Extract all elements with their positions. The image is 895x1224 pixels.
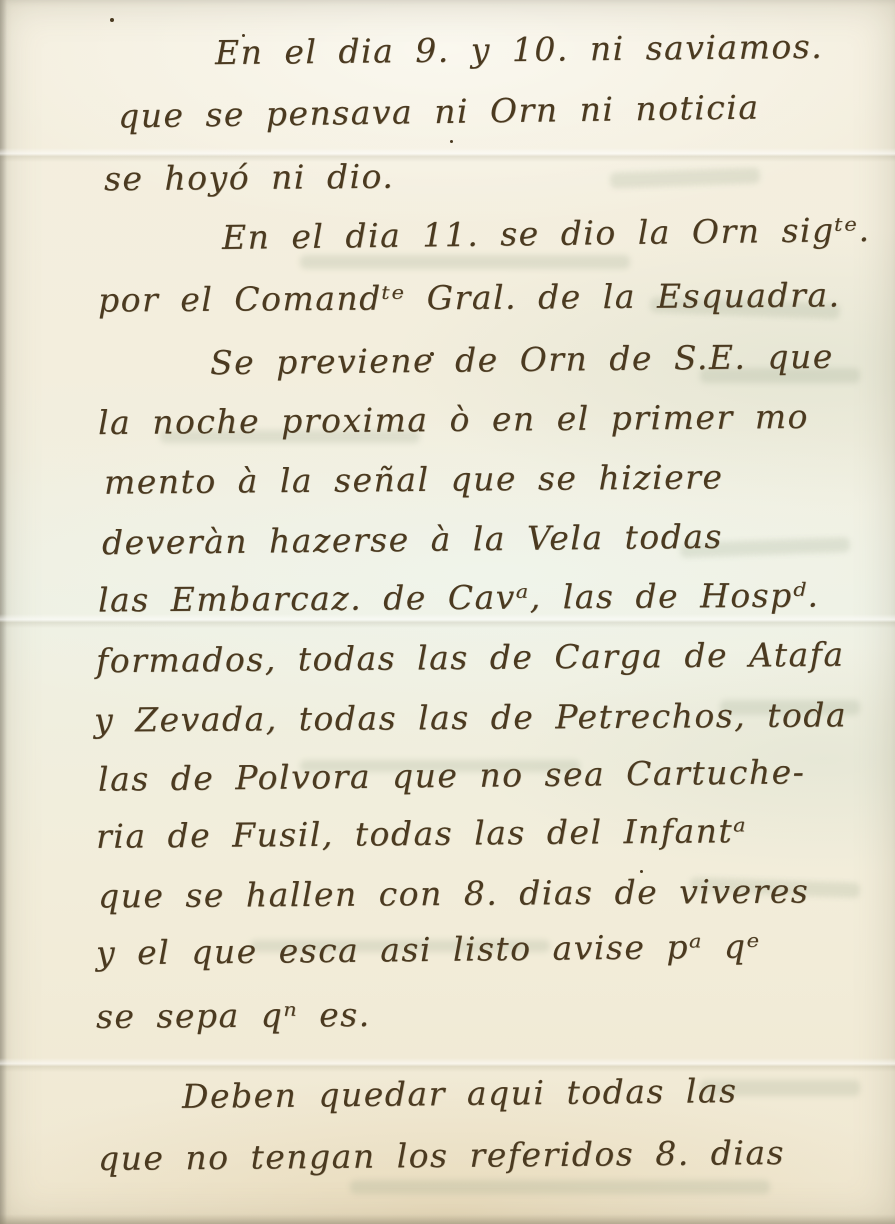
bleedthrough-mark (250, 940, 550, 952)
bleedthrough-mark (680, 537, 850, 558)
ink-speck (450, 140, 453, 143)
bleedthrough-mark (650, 297, 840, 320)
manuscript-line: las Embarcaz. de Cavᵃ, las de Hospᵈ. (98, 575, 820, 619)
manuscript-line: por el Comandᵗᵉ Gral. de la Esquadra. (98, 275, 841, 319)
manuscript-line: Deben quedar aqui todas las (182, 1071, 738, 1116)
manuscript-line: ria de Fusil, todas las del Infantᵃ (96, 811, 747, 856)
manuscript-line: Se previene de Orn de S.E. que (210, 337, 834, 383)
ink-speck (110, 18, 114, 22)
bleedthrough-mark (350, 1180, 770, 1194)
fold-crease (0, 1058, 895, 1072)
bleedthrough-mark (700, 1080, 860, 1096)
manuscript-line: que se pensava ni Orn ni noticia (118, 88, 760, 136)
manuscript-line: y Zevada, todas las de Petrechos, toda (94, 695, 847, 739)
manuscript-line: se sepa qⁿ es. (96, 995, 371, 1036)
bleedthrough-mark (160, 430, 420, 443)
bleedthrough-mark (720, 700, 860, 715)
manuscript-line: En el dia 9. y 10. ni saviamos. (215, 27, 824, 72)
manuscript-line: la noche proxima ò en el primer mo (98, 397, 809, 442)
manuscript-line: las de Polvora que no sea Cartuche- (98, 752, 806, 798)
manuscript-line: que no tengan los referidos 8. dias (98, 1133, 785, 1178)
manuscript-line: que se hallen con 8. dias de viveres (98, 872, 810, 916)
bleedthrough-mark (690, 877, 860, 898)
scan-left-edge-shadow (0, 0, 7, 1224)
bleedthrough-mark (300, 255, 630, 269)
manuscript-line: deveràn hazerse à la Vela todas (102, 517, 723, 562)
ink-speck (242, 34, 245, 37)
manuscript-line: En el dia 11. se dio la Orn sigᵗᵉ. (222, 210, 871, 257)
bleedthrough-mark (700, 368, 860, 383)
bleedthrough-mark (300, 760, 580, 772)
fold-crease (0, 614, 895, 628)
manuscript-line: y el que esca asi listo avise pᵃ qᵉ (96, 927, 761, 973)
ink-speck (430, 352, 434, 356)
manuscript-line: mento à la señal que se hiziere (104, 457, 724, 501)
manuscript-line: se hoyó ni dio. (104, 157, 395, 199)
scan-bottom-edge-shadow (0, 1214, 895, 1224)
manuscript-line: formados, todas las de Carga de Atafa (96, 635, 845, 681)
fold-crease (0, 148, 895, 162)
manuscript-page: En el dia 9. y 10. ni saviamos. que se p… (0, 0, 895, 1224)
ink-speck (640, 870, 643, 873)
bleedthrough-mark (610, 167, 760, 188)
